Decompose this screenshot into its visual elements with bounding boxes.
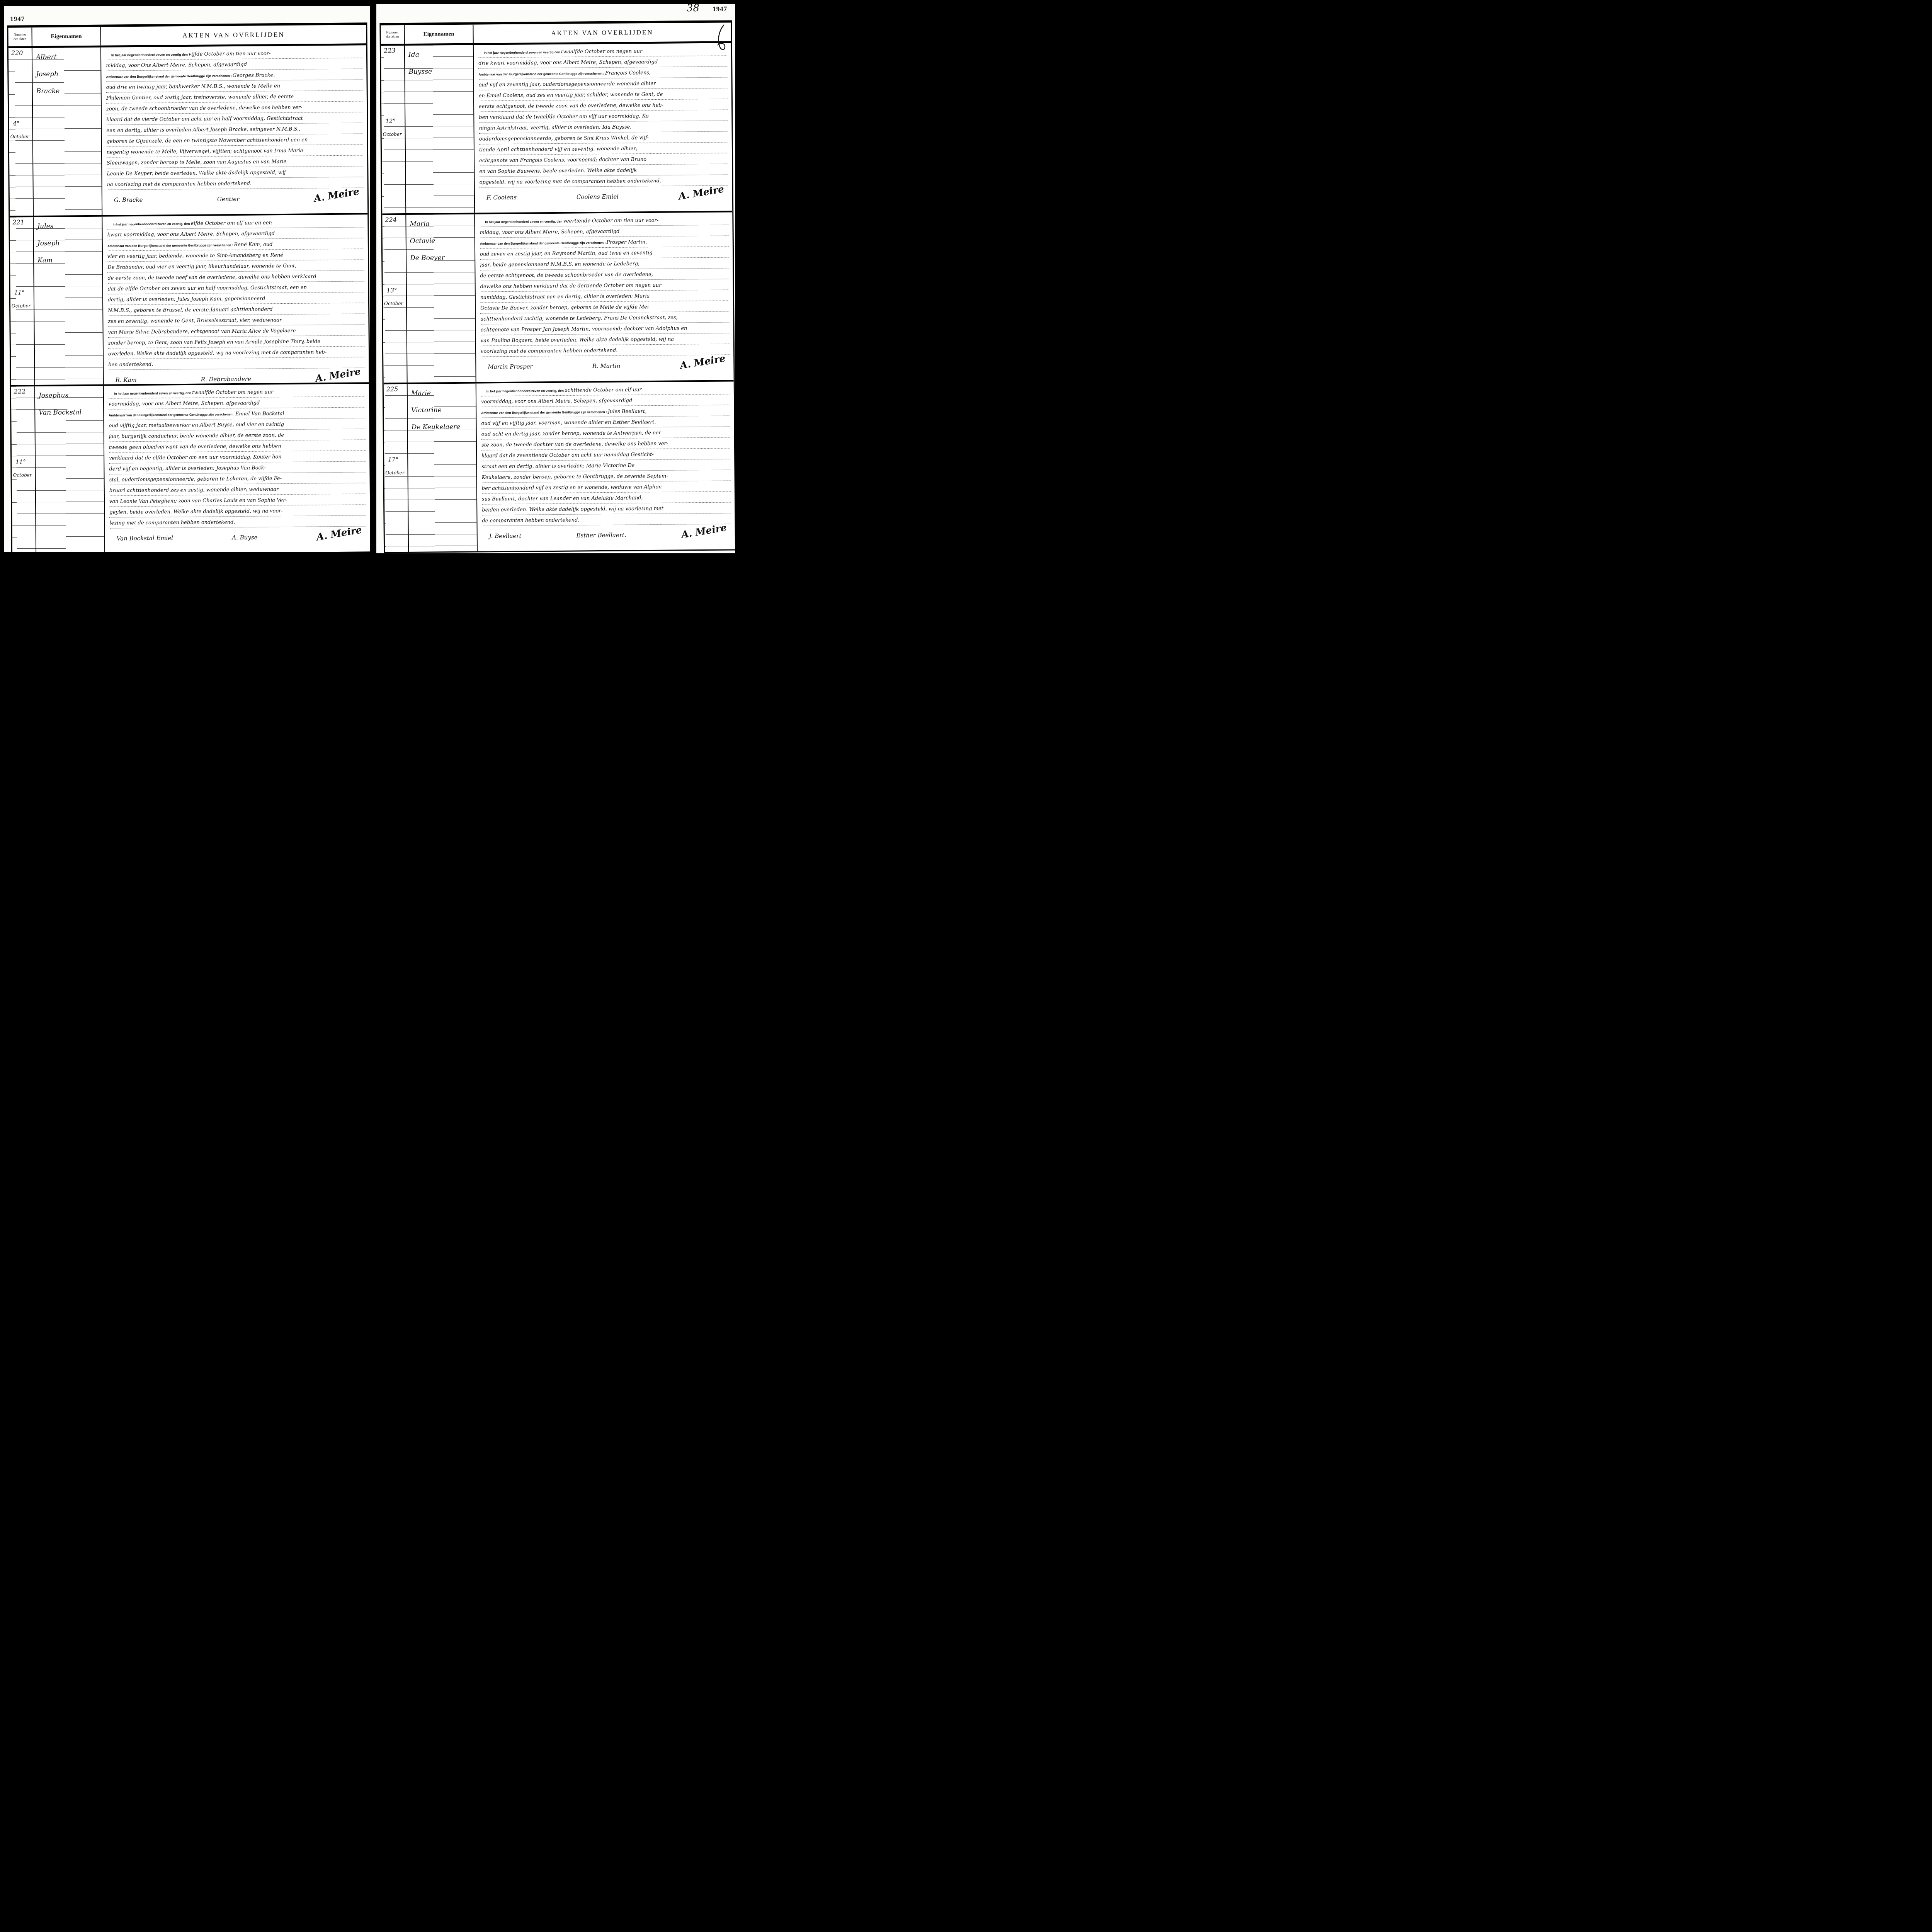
handwritten-segment: achttiende October om elf uur — [565, 387, 642, 393]
scanned-register-spread: { "pages": [ { "side": "left", "year": "… — [0, 0, 738, 556]
handwritten-segment: echtgenote van François Coolens, voornoe… — [479, 156, 646, 163]
register-page-right: 38 1947 Nummer der akten Eigennamen AKTE… — [376, 4, 735, 553]
handwritten-segment: middag, voor ons Albert Meire, Schepen, … — [480, 229, 620, 236]
signature: R. Debrabandere — [201, 376, 251, 383]
handwritten-segment: van Marie Silvie Debrabandere, echtgenoo… — [108, 328, 296, 335]
act-text-column: In het jaar negentienhonderd zeven en ve… — [476, 381, 735, 551]
handwritten-segment: eerste echtgenoot, de tweede zoon van de… — [479, 102, 663, 110]
signature: Martin Prosper — [488, 363, 533, 370]
handwritten-segment: vijfde October om tien uur voor- — [189, 51, 271, 57]
act-text-column: In het jaar negentienhonderd zeven en ve… — [475, 212, 733, 382]
death-date-day: 13° — [387, 287, 397, 294]
handwritten-segment: tweede geen bloedverwant van de overlede… — [109, 443, 281, 451]
handwritten-segment: oud vijf en vijftig jaar, voerman, wonen… — [481, 419, 656, 427]
handwritten-segment: ben ondertekend. — [108, 362, 153, 368]
printed-segment: Ambtenaar van den Burgerlijkenstand der … — [481, 410, 608, 415]
handwritten-segment: kwart voormiddag, voor ons Albert Meire,… — [107, 231, 275, 238]
handwritten-segment: echtgenote van Prosper Jan Joseph Martin… — [481, 325, 687, 333]
handwritten-segment: ste zoon, de tweede dochter van de overl… — [481, 441, 668, 448]
handwritten-segment: N.M.B.S., geboren te Brussel, de eerste … — [108, 306, 273, 313]
handwritten-segment: dewelke ons hebben verklaard dat de dert… — [480, 282, 662, 290]
deceased-name-line: Victorine — [408, 401, 476, 419]
signature: Coolens Emiel — [577, 193, 619, 201]
handwritten-segment: ouderdomsgepensionneerde, geboren te Sin… — [479, 135, 649, 142]
handwritten-segment: Philemon Gentier, oud zestig jaar, trein… — [106, 94, 294, 101]
death-date-day: 17° — [388, 456, 398, 463]
handwritten-segment: zes en zeventig, wonende te Gent, Brusse… — [108, 317, 282, 325]
signature: R. Martin — [592, 362, 621, 370]
handwritten-segment: François Coolens, — [605, 70, 651, 76]
printed-segment: Ambtenaar van den Burgerlijkenstand der … — [478, 71, 605, 77]
handwritten-segment: dat de elfde October om zeven uur en hal… — [108, 285, 307, 292]
signature: A. Buyse — [232, 534, 257, 541]
handwritten-segment: Jules Beellaert, — [608, 408, 647, 415]
handwritten-segment: bruari achttienhonderd zes en zestig, wo… — [109, 486, 279, 493]
deceased-name-column: JosephusVan Bockstal — [35, 386, 105, 552]
handwritten-segment: elfde October om elf uur en een — [191, 220, 272, 226]
signature: F. Coolens — [486, 194, 517, 201]
handwritten-segment: achttienhonderd tachtig, wonende te Lede… — [480, 315, 677, 322]
handwritten-segment: voorlezing met de comparanten hebben ond… — [481, 348, 617, 355]
handwritten-segment: Prosper Martin, — [606, 239, 647, 245]
printed-segment: Ambtenaar van den Burgerlijkenstand der … — [480, 241, 607, 246]
act-number: 222 — [14, 388, 26, 395]
handwritten-segment: Emiel Van Bockstal — [235, 411, 284, 417]
column-header-number: Nummer der akten — [8, 27, 32, 46]
death-act-entry: 22517°OctoberMarieVictorineDe Keukelaere… — [384, 381, 735, 552]
signature: Esther Beellaert. — [576, 532, 626, 539]
death-act-entry: 22211°OctoberJosephusVan BockstalIn het … — [11, 384, 370, 552]
handwritten-segment: de comparanten hebben ondertekend. — [482, 517, 579, 524]
entries-list: 22312°OctoberIdaBuysseIn het jaar negent… — [381, 43, 735, 552]
handwritten-segment: twaalfde October om negen uur — [561, 48, 642, 55]
deceased-name-line: Van Bockstal — [35, 404, 103, 421]
deceased-name-column: MariaOctavieDe Boever — [406, 214, 476, 383]
act-margin-column: 22211°October — [11, 386, 36, 552]
handwritten-segment: de eerste zoon, de tweede neef van de ov… — [107, 274, 316, 281]
handwritten-segment: oud drie en twintig jaar, bankwerker N.M… — [106, 83, 281, 90]
act-number: 220 — [11, 49, 23, 56]
official-signature: A. Meire — [678, 184, 725, 202]
handwritten-segment: en Emiel Coolens, oud zes en veertig jaa… — [479, 92, 663, 99]
death-act-entry: 22312°OctoberIdaBuysseIn het jaar negent… — [381, 43, 732, 215]
act-number: 221 — [12, 218, 24, 226]
handwritten-segment: oud vijftig jaar, metaalbewerker en Albe… — [109, 422, 284, 429]
handwritten-segment: voormiddag, voor ons Albert Meire, Schep… — [481, 398, 632, 405]
page-header-left: 1947 — [4, 6, 370, 23]
signatures-row: J. BeellaertEsther Beellaert.A. Meire — [482, 524, 731, 539]
printed-segment: In het jaar negentienhonderd zeven en ve… — [485, 219, 563, 224]
act-margin-column: 22312°October — [381, 46, 406, 213]
signatures-row: F. CoolensCoolens EmielA. Meire — [480, 186, 728, 201]
signature: Van Bockstal Emiel — [117, 534, 173, 542]
handwritten-segment: oud zeven en zestig jaar, en Raymond Mar… — [480, 250, 653, 257]
column-header-number-bottom: der akten — [386, 34, 399, 39]
signature: G. Bracke — [114, 196, 143, 204]
act-margin-column: 2204°October — [9, 48, 34, 216]
entries-list: 2204°OctoberAlbertJosephBrackeIn het jaa… — [9, 45, 370, 552]
death-act-entry: 22413°OctoberMariaOctavieDe BoeverIn het… — [382, 212, 733, 384]
column-header-number: Nummer der akten — [381, 25, 405, 44]
column-header-names: Eigennamen — [32, 27, 101, 46]
handwritten-segment: stal, ouderdomsgepensionneerde, geboren … — [109, 476, 282, 483]
handwritten-segment: en van Sophie Bauwens, beide overleden. … — [479, 167, 637, 174]
deceased-name-column: IdaBuysse — [405, 45, 475, 213]
deceased-name-line: Marie — [408, 384, 476, 402]
margin-flourish-icon — [714, 24, 727, 54]
printed-segment: In het jaar negentienhonderd zeven en ve… — [111, 53, 189, 57]
handwritten-segment: middag, voor Ons Albert Meire, Schepen, … — [106, 62, 247, 69]
official-signature: A. Meire — [314, 366, 361, 384]
handwritten-segment: drie kwart voormiddag, voor ons Albert M… — [478, 59, 658, 66]
column-header-number-bottom: der akten — [14, 37, 26, 41]
signature: Gentier — [217, 196, 240, 202]
handwritten-segment: Georges Bracke, — [233, 72, 275, 78]
handwritten-segment: tiende April achttienhonderd vijf en zev… — [479, 146, 638, 153]
death-date-month: October — [385, 470, 404, 475]
handwritten-segment: dertig, alhier is overleden: Jules Josep… — [108, 296, 265, 303]
handwritten-segment: een en dertig, alhier is overleden Alber… — [106, 126, 300, 134]
act-text-column: In het jaar negentienhonderd zeven en ve… — [104, 384, 370, 552]
table-header-row: Nummer der akten Eigennamen AKTEN VAN OV… — [8, 25, 366, 48]
death-date-day: 12° — [385, 117, 396, 124]
handwritten-segment: klaard dat de vierde October om acht uur… — [106, 116, 303, 123]
deceased-name-line: Ida — [405, 46, 473, 63]
handwritten-segment: ber achttienhonderd vijf en zestig en er… — [482, 484, 663, 492]
act-margin-column: 22517°October — [384, 384, 409, 552]
act-number: 223 — [384, 47, 396, 54]
signatures-row: Martin ProsperR. MartinA. Meire — [481, 355, 730, 370]
signatures-row: G. BrackeGentierA. Meire — [107, 188, 364, 203]
death-date-day: 11° — [15, 458, 26, 465]
handwritten-segment: Sleeuwagen, zonder beroep te Melle, zoon… — [107, 159, 286, 166]
death-act-entry: 22111°OctoberJulesJosephKamIn het jaar n… — [10, 214, 369, 386]
year-label: 1947 — [10, 15, 25, 23]
handwritten-segment: ben verklaard dat de twaalfde October om… — [479, 113, 650, 120]
deceased-name-line: De Boever — [406, 249, 474, 267]
printed-segment: In het jaar negentienhonderd zeven en ve… — [486, 389, 565, 393]
handwritten-segment: Keukelaere, zonder beroep, geboren te Ge… — [482, 473, 668, 481]
signatures-row: Van Bockstal EmielA. BuyseA. Meire — [110, 526, 366, 542]
handwritten-segment: oud acht en dertig jaar, zonder beroep, … — [481, 430, 663, 437]
handwritten-segment: van Leonie Van Peteghem; zoon van Charle… — [109, 497, 287, 505]
death-date-month: October — [10, 134, 29, 139]
year-label: 1947 — [713, 5, 727, 13]
handwritten-segment: Leonie De Keyper, beide overleden. Welke… — [107, 170, 286, 177]
handwritten-segment: verklaard dat de elfde October om een uu… — [109, 454, 283, 461]
handwritten-segment: opgesteld, wij na voorlezing met de comp… — [480, 178, 662, 185]
deceased-name-line: Jules — [34, 218, 102, 235]
official-signature: A. Meire — [316, 524, 363, 543]
death-act-entry: 2204°OctoberAlbertJosephBrackeIn het jaa… — [9, 45, 367, 217]
act-margin-column: 22413°October — [382, 215, 407, 383]
deceased-name-line: Joseph — [34, 235, 102, 252]
handwritten-segment: oud vijf en zeventig jaar, ouderdomsgepe… — [479, 81, 656, 88]
deceased-name-line: Josephus — [35, 387, 103, 404]
deceased-name-line: Albert — [32, 48, 100, 66]
handwritten-segment: vier en veertig jaar, bediende, wonende … — [107, 252, 283, 260]
handwritten-segment: zonder beroep, te Gent; zoon van Felix J… — [108, 338, 321, 346]
handwritten-segment: beiden overleden. Welke akte dadelijk op… — [482, 506, 663, 513]
act-text-column: In het jaar negentienhonderd zeven en ve… — [101, 45, 367, 215]
column-header-number-top: Nummer — [14, 32, 26, 37]
handwritten-segment: negentig wonende te Melle, Vijverwegel, … — [107, 148, 303, 155]
deceased-name-column: MarieVictorineDe Keukelaere — [408, 384, 478, 552]
official-signature: A. Meire — [680, 522, 728, 540]
handwritten-segment: voormiddag, voor ons Albert Meire, Schep… — [109, 400, 260, 407]
signature: J. Beellaert — [489, 532, 522, 540]
official-signature: A. Meire — [679, 353, 726, 371]
printed-segment: Ambtenaar van den Burgerlijkenstand der … — [107, 243, 234, 248]
act-margin-column: 22111°October — [10, 217, 35, 385]
handwritten-segment: sus Beellaert, dochter van Leander en va… — [482, 495, 643, 502]
handwritten-segment: geboren te Gijzenzele, de een en twintig… — [107, 137, 308, 145]
column-header-acts: AKTEN VAN OVERLIJDEN — [473, 22, 731, 43]
page-header-right: 38 1947 — [376, 4, 735, 21]
handwritten-segment: jaar, burgerlijk conducteur, beide wonen… — [109, 432, 284, 440]
handwritten-segment: De Brabander, oud vier en veertig jaar, … — [107, 263, 296, 270]
handwritten-segment: ningin Astridstraat, veertig, alhier is … — [479, 124, 631, 131]
signature: R. Kam — [116, 376, 137, 383]
death-date-month: October — [12, 303, 31, 308]
register-table: Nummer der akten Eigennamen AKTEN VAN OV… — [379, 20, 735, 553]
handwritten-segment: klaard dat de zeventiende October om ach… — [481, 452, 654, 459]
handwritten-segment: overleden. Welke akte dadelijk opgesteld… — [108, 349, 327, 357]
deceased-name-column: JulesJosephKam — [34, 217, 104, 385]
printed-segment: In het jaar negentienhonderd zeven en ve… — [114, 391, 192, 396]
death-date-month: October — [383, 131, 402, 137]
deceased-name-line: Joseph — [32, 65, 100, 83]
deceased-name-column: AlbertJosephBracke — [32, 48, 102, 216]
act-number: 224 — [385, 216, 397, 223]
handwritten-segment: twaalfde October om negen uur — [192, 389, 273, 396]
act-text-column: In het jaar negentienhonderd zeven en ve… — [102, 214, 369, 384]
page-number: 38 — [687, 4, 699, 12]
handwritten-segment: lezing met de comparanten hebben onderte… — [109, 519, 235, 526]
deceased-name-line: Maria — [406, 215, 474, 233]
handwritten-segment: na voorlezing met de comparanten hebben … — [107, 181, 252, 188]
register-table: Nummer der akten Eigennamen AKTEN VAN OV… — [7, 22, 370, 552]
table-header-row: Nummer der akten Eigennamen AKTEN VAN OV… — [381, 22, 731, 46]
handwritten-segment: derd vijf en negentig, alhier is overled… — [109, 465, 266, 472]
column-header-acts: AKTEN VAN OVERLIJDEN — [101, 25, 366, 45]
column-header-names: Eigennamen — [405, 25, 473, 44]
handwritten-segment: René Kam, oud — [234, 241, 272, 248]
handwritten-segment: Octavie De Boever, zonder beroep, gebore… — [480, 304, 649, 311]
death-date-month: October — [13, 472, 32, 478]
handwritten-segment: de eerste echtgenoot, de tweede schoonbr… — [480, 272, 653, 279]
handwritten-segment: geylen, beide overleden. Welke akte dade… — [109, 508, 283, 515]
handwritten-segment: jaar, beide gepensionneerd N.M.B.S. en w… — [480, 261, 639, 268]
printed-segment: In het jaar negentienhonderd zeven en ve… — [484, 50, 561, 55]
column-header-number-top: Nummer — [386, 30, 399, 34]
handwritten-segment: straat een en dertig, alhier is overlede… — [481, 463, 634, 469]
signatures-row: R. KamR. DebrabandereA. Meire — [108, 368, 365, 383]
act-number: 225 — [386, 385, 398, 393]
act-text-column: In het jaar negentienhonderd zeven en ve… — [474, 43, 732, 213]
handwritten-segment: zoon, de tweede schoonbroeder van de ove… — [106, 105, 302, 112]
death-date-day: 4° — [13, 120, 19, 127]
printed-segment: In het jaar negentienhonderd zeven en ve… — [112, 222, 190, 226]
death-date-month: October — [384, 301, 403, 306]
printed-segment: Ambtenaar van den Burgerlijkenstand der … — [106, 74, 233, 79]
handwritten-segment: namiddag, Gestichtstraat een en dertig, … — [480, 293, 650, 300]
handwritten-segment: van Paulina Bogaert, beide overleden. We… — [481, 337, 674, 344]
handwritten-segment: veertiende October om tien uur voor- — [563, 218, 659, 224]
deceased-name-line: Buysse — [405, 63, 473, 80]
register-page-left: 1947 Nummer der akten Eigennamen AKTEN V… — [4, 6, 370, 552]
printed-segment: Ambtenaar van den Burgerlijkenstand der … — [109, 412, 235, 417]
deceased-name-line: Octavie — [406, 232, 474, 250]
death-date-day: 11° — [14, 289, 25, 296]
deceased-name-line: Bracke — [33, 82, 101, 100]
deceased-name-line: De Keukelaere — [408, 418, 476, 436]
official-signature: A. Meire — [313, 185, 360, 204]
deceased-name-line: Kam — [34, 252, 102, 269]
